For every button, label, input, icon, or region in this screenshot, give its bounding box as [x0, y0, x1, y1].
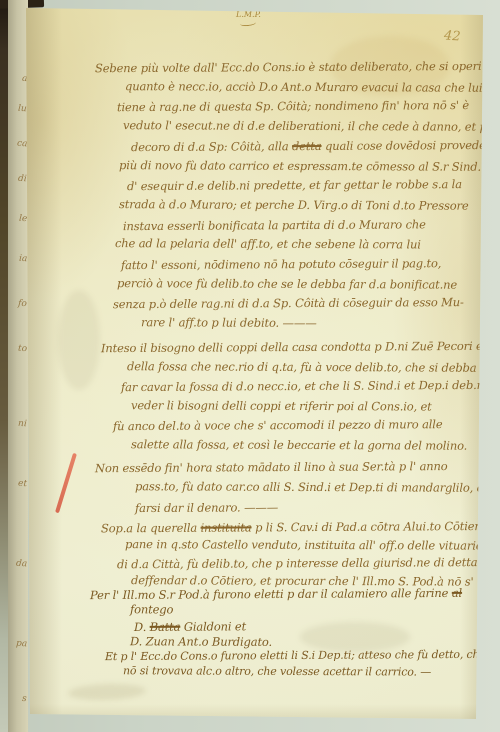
crossed-out-word: instituita — [201, 520, 252, 534]
manuscript-line-with-correction: decoro di d.a Sp: Côità, alla detta qual… — [131, 136, 500, 158]
facing-page-text-fragment: di — [18, 175, 27, 185]
facing-page-text-fragment: s — [22, 695, 27, 704]
facing-page-edge: a lu ca di le ia fo to ni et da pa s — [8, 0, 28, 732]
facing-page-text-fragment: et — [18, 480, 28, 490]
invocation-flourish — [240, 19, 257, 27]
paragraph-4: Sop.a la querella instituita p li S. Cav… — [93, 518, 500, 590]
manuscript-line-with-correction: Sop.a la querella instituita p li S. Cav… — [101, 517, 500, 538]
manuscript-line: salette alla fossa, et così le beccarie … — [131, 435, 491, 456]
paragraph-2: Inteso il bisogno delli coppi della casa… — [93, 338, 491, 456]
manuscript-photo: a lu ca di le ia fo to ni et da pa s L.M… — [0, 0, 500, 732]
manuscript-line: Sebene più volte dall' Ecc.do Cons.io è … — [95, 57, 500, 79]
line-segment: Per l' Ill.mo S.r Pod.à furono eletti p … — [90, 586, 452, 602]
manuscript-line: Inteso il bisogno delli coppi della casa… — [101, 337, 491, 359]
facing-page-text-fragment: to — [18, 345, 28, 355]
manuscript-line: d' esequir d.e delib.ni predette, et far… — [127, 175, 500, 197]
manuscript-line: rare l' aff.to p lui debito. ——— — [141, 313, 500, 334]
facing-page-text-fragment: le — [18, 215, 27, 225]
facing-page-text-fragment: pa — [16, 640, 28, 650]
invocation-mark: L.M.P. — [236, 11, 261, 26]
manuscript-line: più di novo fù dato carrico et espressam… — [119, 156, 500, 177]
manuscript-line: Non essēdo fin' hora stato mādato il lin… — [95, 456, 488, 478]
facing-page-text-fragment: da — [16, 560, 28, 570]
page-edge-shadow-bottom — [0, 704, 500, 724]
manuscript-line: perciò à voce fù delib.to che se le debb… — [117, 274, 500, 295]
facing-page-text-fragment: lu — [18, 105, 27, 115]
paragraph-5: Per l' Ill.mo S.r Pod.à furono eletti p … — [88, 586, 462, 650]
manuscript-line: quanto è necc.io, acciò D.o Ant.o Muraro… — [125, 77, 500, 98]
manuscript-line: fatto l' essoni, nōdimeno nō ha potuto c… — [121, 254, 500, 276]
manuscript-line: nō si trovava alc.o altro, che volesse a… — [123, 663, 486, 680]
manuscript-line: veduto l' esecut.ne di d.e deliberationi… — [123, 116, 500, 137]
crossed-out-word: Batta — [150, 620, 181, 634]
manuscript-line: fontego — [130, 601, 462, 618]
crossed-out-word: detta — [292, 139, 322, 153]
manuscript-line: instava esserli bonificata la partita di… — [123, 214, 500, 236]
manuscript-line: strada à d.o Muraro; et perche D. Virg.o… — [119, 195, 500, 216]
line-segment: decoro di d.a Sp: Côità, alla — [131, 139, 292, 154]
manuscript-line: veder li bisogni delli coppi et riferir … — [131, 396, 491, 417]
manuscript-line: far cavar la fossa di d.o necc.io, et ch… — [121, 376, 491, 398]
gutter-shadow — [26, 0, 62, 732]
crossed-out-word: al — [452, 586, 462, 600]
paragraph-6: Et p l' Ecc.do Cons.o furono eletti li S… — [93, 648, 486, 679]
manuscript-line: pane in q.sto Castello venduto, institui… — [125, 535, 500, 555]
manuscript-line: pass.to, fù dato car.co alli S. Sind.i e… — [135, 476, 488, 498]
manuscript-line: senza p.ò delle rag.ni di d.a Sp. Côità … — [113, 293, 500, 315]
facing-page-text-fragment: ni — [18, 420, 27, 430]
paragraph-3: Non essēdo fin' hora stato mādato il lin… — [93, 457, 488, 517]
facing-page-text-fragment: fo — [18, 300, 27, 310]
line-segment: quali cose dovēdosi provedere — [321, 138, 497, 153]
line-segment: D. — [134, 620, 150, 634]
paragraph-1: Sebene più volte dall' Ecc.do Cons.io è … — [93, 58, 500, 334]
facing-page-text-fragment: ca — [16, 140, 27, 150]
folio-number: 42 — [444, 29, 461, 43]
line-segment: Gialdoni et — [180, 619, 246, 633]
manuscript-line: di d.a Città, fù delib.to, che p interes… — [117, 553, 500, 574]
manuscript-line: fù anco del.to à voce che s' accomodi il… — [113, 415, 491, 437]
ink-bleed-mark — [68, 683, 147, 702]
manuscript-line: tiene à rag.ne di questa Sp. Côità; nond… — [117, 96, 500, 118]
manuscript-page: L.M.P. 42 Sebene più volte dall' Ecc.do … — [0, 0, 500, 732]
manuscript-line: della fossa che nec.rio di q.ta, fù à vo… — [127, 357, 491, 378]
line-segment: p li S. Cav.i di Pad.a cōtra Alui.to Cōt… — [252, 519, 498, 535]
line-segment: Sop.a la querella — [101, 521, 201, 536]
invocation-mark-text: L.M.P. — [236, 10, 261, 19]
manuscript-line-with-correction: D. Batta Gialdoni et — [134, 617, 462, 635]
manuscript-line: Et p l' Ecc.do Cons.o furono eletti li S… — [105, 647, 486, 665]
manuscript-line: che ad la pelaria dell' aff.to, et che s… — [115, 234, 500, 255]
facing-page-text-fragment: ia — [18, 255, 27, 265]
manuscript-line: farsi dar il denaro. ——— — [135, 496, 488, 518]
